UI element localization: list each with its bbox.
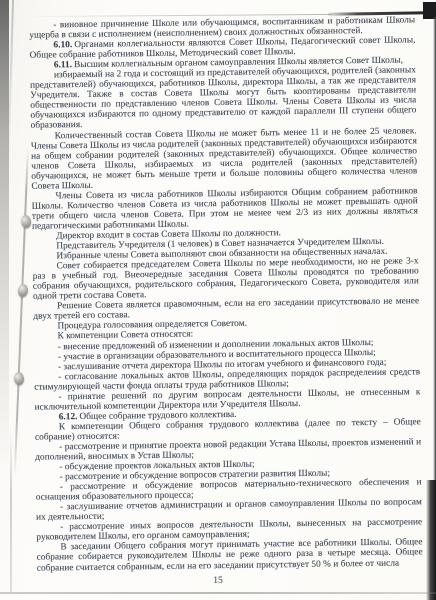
binding-thread [14,146,29,478]
paragraph-text: Количественный состав Совета Школы не мо… [31,126,418,192]
paragraph: Члены Совета из числа работников Школы и… [32,186,419,232]
scanned-document-page: - виновное причинение Школе или обучающи… [0,0,436,600]
section-number: 6.10. [53,40,72,50]
binding-knot [13,372,24,386]
paragraph-text: В заседании Общего собрания могут приним… [37,538,423,573]
document-text: - виновное причинение Школе или обучающи… [29,15,423,573]
paragraph-text: Члены Совета из числа работников Школы и… [32,186,418,232]
section-number: 6.11. [54,60,72,70]
paragraph: Совет собирается председателем Совета Шк… [33,256,420,302]
page-edge-bottom [0,592,436,594]
binding-knot [17,284,28,298]
paragraph: Количественный состав Совета Школы не мо… [31,126,418,192]
paragraph: избираемый на 2 года и состоящий из пред… [30,66,417,132]
page-fold-left-bottom [10,430,12,592]
binding-knot [20,214,32,228]
page-number: 15 [0,576,436,586]
section-number: 6.12. [59,412,78,422]
paragraph: В заседании Общего собрания могут приним… [36,538,422,574]
scanner-edge-left [0,0,9,470]
paragraph-text: Совет собирается председателем Совета Шк… [33,256,419,302]
paragraph-text: избираемый на 2 года и состоящий из пред… [30,66,417,132]
